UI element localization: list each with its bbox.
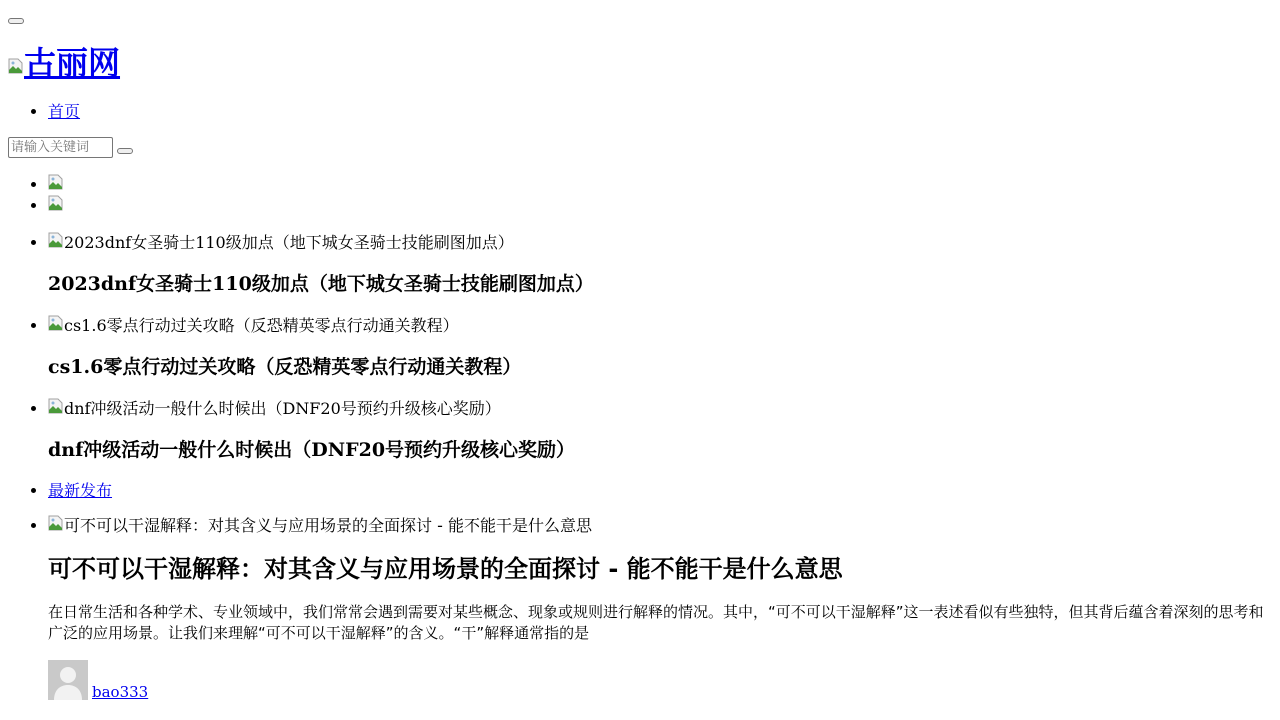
thumbnail-alt-text: 2023dnf女圣骑士110级加点（地下城女圣骑士技能刷图加点） xyxy=(64,233,514,252)
broken-image-icon xyxy=(48,195,64,211)
avatar[interactable] xyxy=(48,660,88,700)
broken-image-icon xyxy=(48,232,64,248)
post-thumbnail[interactable]: dnf冲级活动一般什么时候出（DNF20号预约升级核心奖励） xyxy=(48,398,1272,419)
user-silhouette-icon xyxy=(48,660,88,700)
hot-post-item[interactable]: cs1.6零点行动过关攻略（反恐精英零点行动通关教程） cs1.6零点行动过关攻… xyxy=(48,315,1272,379)
search-submit-button[interactable] xyxy=(117,148,133,154)
broken-image-icon xyxy=(8,58,24,74)
broken-image-icon xyxy=(48,174,64,190)
post-thumbnail[interactable]: 可不可以干湿解释：对其含义与应用场景的全面探讨 - 能不能干是什么意思 xyxy=(48,515,1272,536)
main-nav: 首页 xyxy=(8,103,1272,121)
broken-image-icon xyxy=(48,515,64,531)
slider xyxy=(8,174,1272,216)
hot-post-item[interactable]: 2023dnf女圣骑士110级加点（地下城女圣骑士技能刷图加点） 2023dnf… xyxy=(48,232,1272,296)
hot-post-item[interactable]: dnf冲级活动一般什么时候出（DNF20号预约升级核心奖励） dnf冲级活动一般… xyxy=(48,398,1272,462)
broken-image-icon xyxy=(48,398,64,414)
hot-post-title[interactable]: 2023dnf女圣骑士110级加点（地下城女圣骑士技能刷图加点） xyxy=(48,272,1272,296)
hot-posts-list: 2023dnf女圣骑士110级加点（地下城女圣骑士技能刷图加点） 2023dnf… xyxy=(8,232,1272,462)
search-form xyxy=(8,137,1272,158)
hot-post-title[interactable]: cs1.6零点行动过关攻略（反恐精英零点行动通关教程） xyxy=(48,355,1272,379)
post-thumbnail[interactable]: 2023dnf女圣骑士110级加点（地下城女圣骑士技能刷图加点） xyxy=(48,232,1272,253)
latest-section-header: 最新发布 xyxy=(8,481,1272,501)
post-title[interactable]: 可不可以干湿解释：对其含义与应用场景的全面探讨 - 能不能干是什么意思 xyxy=(48,554,1272,584)
author-link[interactable]: bao333 xyxy=(92,684,148,700)
broken-image-icon xyxy=(48,315,64,331)
hot-post-title[interactable]: dnf冲级活动一般什么时候出（DNF20号预约升级核心奖励） xyxy=(48,438,1272,462)
post-thumbnail[interactable]: cs1.6零点行动过关攻略（反恐精英零点行动通关教程） xyxy=(48,315,1272,336)
search-input[interactable] xyxy=(8,137,113,158)
nav-link-home[interactable]: 首页 xyxy=(48,102,80,121)
nav-item-home: 首页 xyxy=(48,103,1272,121)
slide-item[interactable] xyxy=(48,174,1272,195)
post-excerpt: 在日常生活和各种学术、专业领域中，我们常常会遇到需要对某些概念、现象或规则进行解… xyxy=(48,602,1272,644)
site-logo: 古丽网 xyxy=(8,45,1272,82)
thumbnail-alt-text: 可不可以干湿解释：对其含义与应用场景的全面探讨 - 能不能干是什么意思 xyxy=(64,516,592,535)
post-author: bao333 xyxy=(48,660,1272,700)
latest-link[interactable]: 最新发布 xyxy=(48,481,112,500)
latest-tab: 最新发布 xyxy=(48,481,1272,501)
menu-toggle-button[interactable] xyxy=(8,18,24,24)
thumbnail-alt-text: cs1.6零点行动过关攻略（反恐精英零点行动通关教程） xyxy=(64,316,459,335)
thumbnail-alt-text: dnf冲级活动一般什么时候出（DNF20号预约升级核心奖励） xyxy=(64,399,501,418)
logo-text: 古丽网 xyxy=(24,44,120,82)
logo-link[interactable]: 古丽网 xyxy=(8,44,120,82)
latest-post-item: 可不可以干湿解释：对其含义与应用场景的全面探讨 - 能不能干是什么意思 可不可以… xyxy=(48,515,1272,700)
slide-item[interactable] xyxy=(48,195,1272,216)
latest-posts-list: 可不可以干湿解释：对其含义与应用场景的全面探讨 - 能不能干是什么意思 可不可以… xyxy=(8,515,1272,700)
